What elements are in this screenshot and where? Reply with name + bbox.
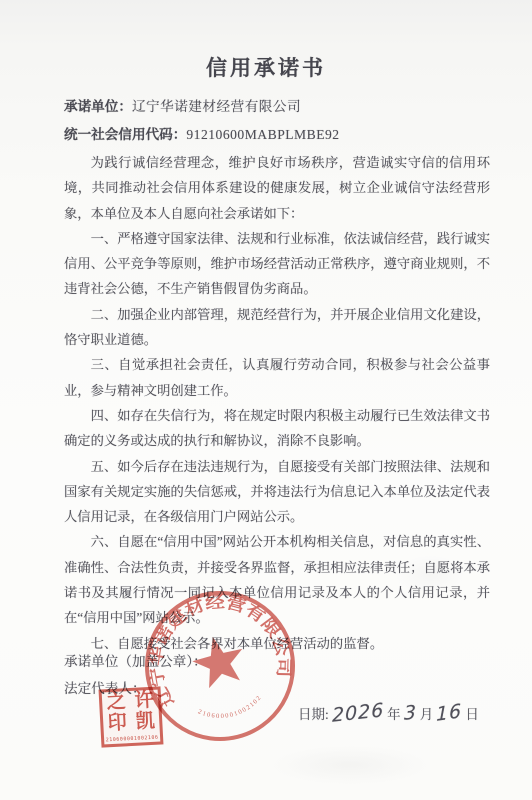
day-suffix: 日	[465, 707, 479, 722]
seal-serial-number: 210600001002102	[195, 693, 266, 727]
year-suffix: 年	[387, 707, 401, 722]
scan-smudge	[270, 745, 430, 785]
meta-row-credit-code: 统一社会信用代码：91210600MABPLMBE92	[64, 121, 488, 149]
name-seal-char-br: 凯	[135, 711, 155, 733]
handwritten-year: 2026	[332, 699, 384, 727]
handwritten-month: 3	[404, 701, 417, 724]
seal-star-icon	[188, 631, 250, 691]
credit-code-label: 统一社会信用代码：	[64, 127, 186, 142]
scan-smudge	[395, 555, 465, 595]
meta-block: 承诺单位：辽宁华诺建材经营有限公司 统一社会信用代码：91210600MABPL…	[64, 93, 488, 149]
paragraph-clause-5: 五、如今后存在违法违规行为，自愿接受有关部门按照法律、法规和国家有关规定实施的失…	[64, 454, 490, 530]
credit-code-value: 91210600MABPLMBE92	[186, 127, 339, 142]
name-seal-char-tr: 许	[134, 690, 154, 712]
month-suffix: 月	[420, 707, 434, 722]
paragraph-clause-4: 四、如存在失信行为，将在规定时限内积极主动履行已生效法律文书确定的义务或达成的执…	[64, 403, 490, 454]
name-seal-characters: 之 许 印 凯	[102, 690, 160, 735]
handwritten-day: 16	[436, 700, 462, 726]
unit-value: 辽宁华诺建材经营有限公司	[132, 99, 301, 114]
legal-rep-name-seal: 之 许 印 凯 210600001002106	[99, 686, 164, 747]
page-title: 信用承诺书	[0, 52, 532, 82]
name-seal-char-tl: 之	[106, 691, 126, 713]
paragraph-clause-2: 二、加强企业内部管理，规范经营行为，并开展企业信用文化建设，恪守职业道德。	[64, 302, 490, 353]
paragraph-clause-1: 一、严格遵守国家法律、法规和行业标准，依法诚信经营，践行诚实信用、公平竞争等原则…	[64, 226, 490, 302]
name-seal-char-bl: 印	[107, 712, 127, 734]
meta-row-unit: 承诺单位：辽宁华诺建材经营有限公司	[64, 93, 488, 121]
paragraph-clause-3: 三、自觉承担社会责任，认真履行劳动合同，积极参与社会公益事业，参与精神文明创建工…	[64, 352, 490, 403]
date-line: 日期:2026年3月16日	[298, 702, 479, 724]
credit-commitment-letter-scan: 信用承诺书 承诺单位：辽宁华诺建材经营有限公司 统一社会信用代码：9121060…	[0, 0, 532, 800]
paragraph-intro: 为践行诚信经营理念，维护良好市场秩序，营造诚实守信的信用环境，共同推动社会信用体…	[64, 150, 490, 226]
name-seal-serial-number: 210600001002106	[104, 735, 160, 744]
unit-label: 承诺单位：	[64, 99, 132, 114]
